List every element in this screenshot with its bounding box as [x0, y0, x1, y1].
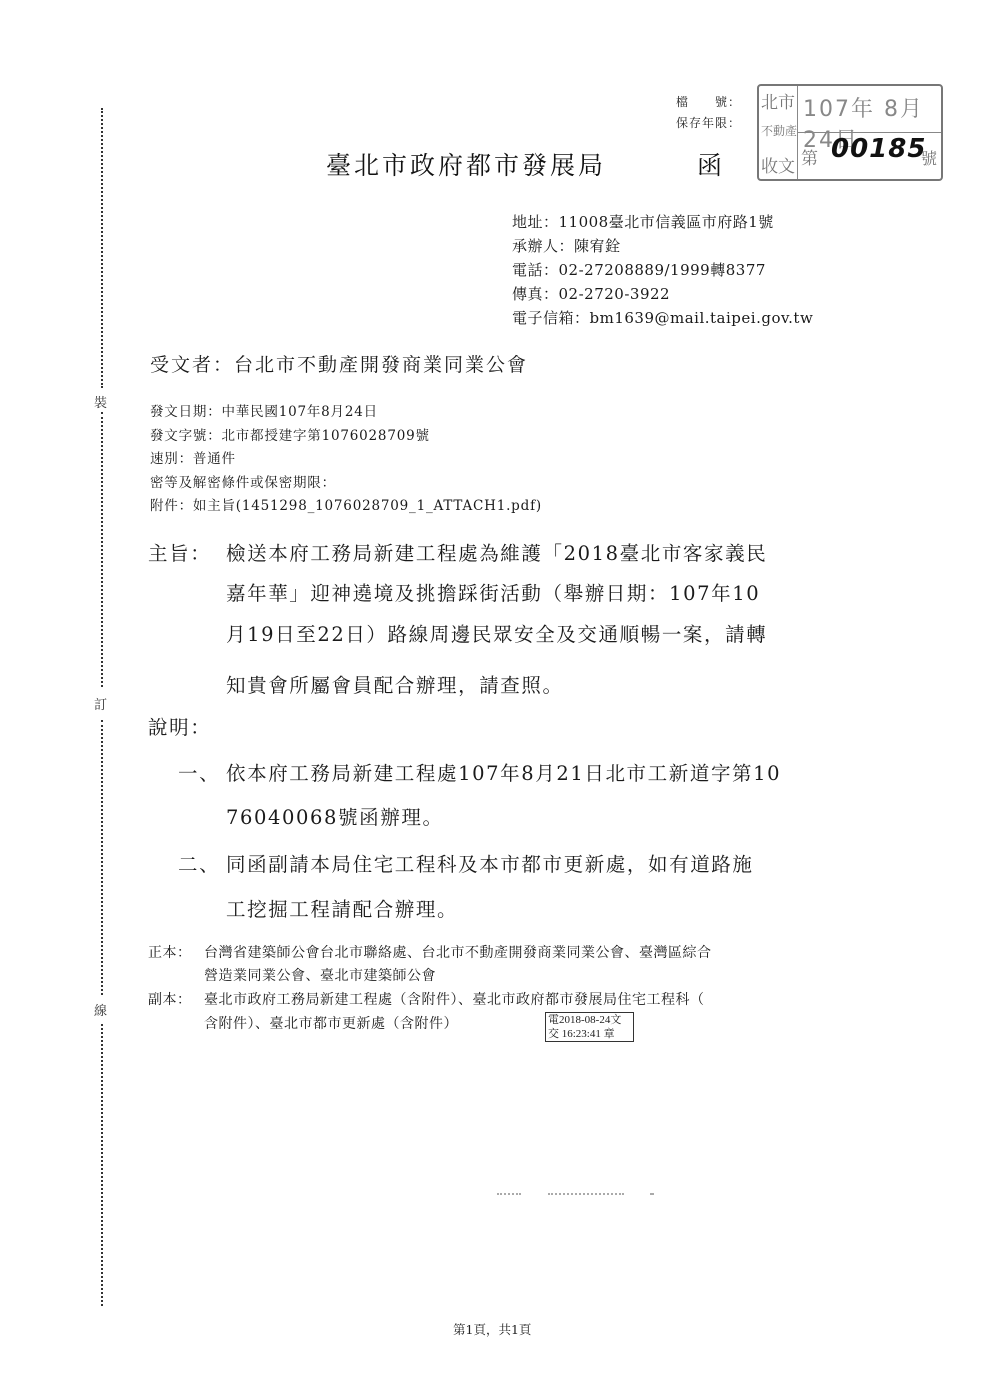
- issuing-agency-title: 臺北市政府都市發展局: [326, 146, 606, 182]
- copy-recipients-line-1: 臺北市政府工務局新建工程處（含附件）、臺北市政府都市發展局住宅工程科（: [204, 989, 705, 1009]
- original-recipients-line-2: 營造業同業公會、臺北市建築師公會: [204, 965, 436, 985]
- stamp-handwritten-number: 00185: [831, 134, 926, 164]
- explanation-item-2-line-1: 同函副請本局住宅工程科及本市都市更新處，如有道路施: [226, 849, 754, 877]
- binding-line-upper: [101, 412, 103, 687]
- phone: 電話：02-27208889/1999轉8377: [512, 258, 813, 282]
- stamp-org-line1: 北市: [761, 88, 795, 113]
- file-number-label: 檔 號：: [676, 93, 741, 110]
- subject-label: 主旨：: [148, 538, 211, 566]
- copy-recipients-line-2: 含附件）、臺北市都市更新處（含附件）: [204, 1013, 458, 1033]
- electronic-exchange-seal: 電2018-08-24文 交 16:23:41 章: [545, 1012, 634, 1042]
- explanation-item-1-line-1: 依本府工務局新建工程處107年8月21日北市工新道字第10: [226, 758, 781, 786]
- binding-line-lower: [101, 720, 103, 995]
- handler: 承辦人：陳宥銓: [512, 234, 813, 258]
- retention-period-label: 保存年限：: [676, 114, 741, 131]
- subject-line-2: 嘉年華」迎神遶境及挑擔踩街活動（舉辦日期：107年10: [226, 578, 760, 606]
- stamp-org-line3: 收文: [761, 152, 795, 177]
- stamp-org-column: 北市 不動產 收文: [759, 86, 798, 179]
- scan-artifact: [497, 1193, 521, 1197]
- explanation-item-2-marker: 二、: [178, 849, 220, 877]
- stamp-org-line2: 不動產: [761, 122, 797, 139]
- explanation-item-1-marker: 一、: [178, 758, 220, 786]
- explanation-item-1-line-2: 76040068號函辦理。: [226, 802, 444, 830]
- explanation-item-2-line-2: 工挖掘工程請配合辦理。: [226, 894, 458, 922]
- copy-recipients-label: 副本：: [148, 989, 192, 1009]
- contact-block: 地址：11008臺北市信義區市府路1號 承辦人：陳宥銓 電話：02-272088…: [512, 210, 813, 330]
- subject-line-3: 月19日至22日）路線周邊民眾安全及交通順暢一案，請轉: [226, 619, 767, 647]
- binding-mark-zhuang: 裝: [94, 392, 107, 411]
- binding-line-top: [101, 108, 103, 388]
- subject-line-1: 檢送本府工務局新建工程處為維護「2018臺北市客家義民: [226, 538, 767, 566]
- page-number: 第1頁，共1頁: [453, 1320, 531, 1338]
- explanation-label: 說明：: [148, 712, 211, 740]
- stamp-number-prefix: 第: [801, 144, 818, 169]
- email: 電子信箱：bm1639@mail.taipei.gov.tw: [512, 306, 813, 330]
- issue-date: 發文日期：中華民國107年8月24日: [150, 400, 378, 420]
- seal-line-2: 交 16:23:41 章: [548, 1027, 631, 1041]
- receipt-stamp: 北市 不動產 收文 107年 8月 24日 第 00185 號: [757, 84, 943, 181]
- document-number: 發文字號：北市都授建字第1076028709號: [150, 424, 430, 444]
- delivery-speed: 速別：普通件: [150, 447, 236, 467]
- stamp-number-suffix: 號: [921, 146, 937, 169]
- subject-line-4: 知貴會所屬會員配合辦理，請查照。: [226, 670, 564, 698]
- binding-line-bottom: [101, 1024, 103, 1306]
- attachment: 附件：如主旨(1451298_1076028709_1_ATTACH1.pdf): [150, 494, 542, 514]
- document-type: 函: [697, 146, 722, 182]
- original-recipients-label: 正本：: [148, 942, 192, 962]
- binding-mark-xian: 線: [94, 1000, 107, 1019]
- fax: 傳真：02-2720-3922: [512, 282, 813, 306]
- scan-artifact: [548, 1193, 624, 1197]
- scan-artifact: [650, 1193, 654, 1197]
- address: 地址：11008臺北市信義區市府路1號: [512, 210, 813, 234]
- security-classification: 密等及解密條件或保密期限：: [150, 471, 336, 491]
- seal-line-1: 電2018-08-24文: [548, 1013, 631, 1027]
- recipient: 受文者：台北市不動產開發商業同業公會: [150, 350, 528, 377]
- original-recipients-line-1: 台灣省建築師公會台北市聯絡處、台北市不動產開發商業同業公會、臺灣區綜合: [204, 942, 712, 962]
- binding-mark-ding: 訂: [94, 694, 107, 713]
